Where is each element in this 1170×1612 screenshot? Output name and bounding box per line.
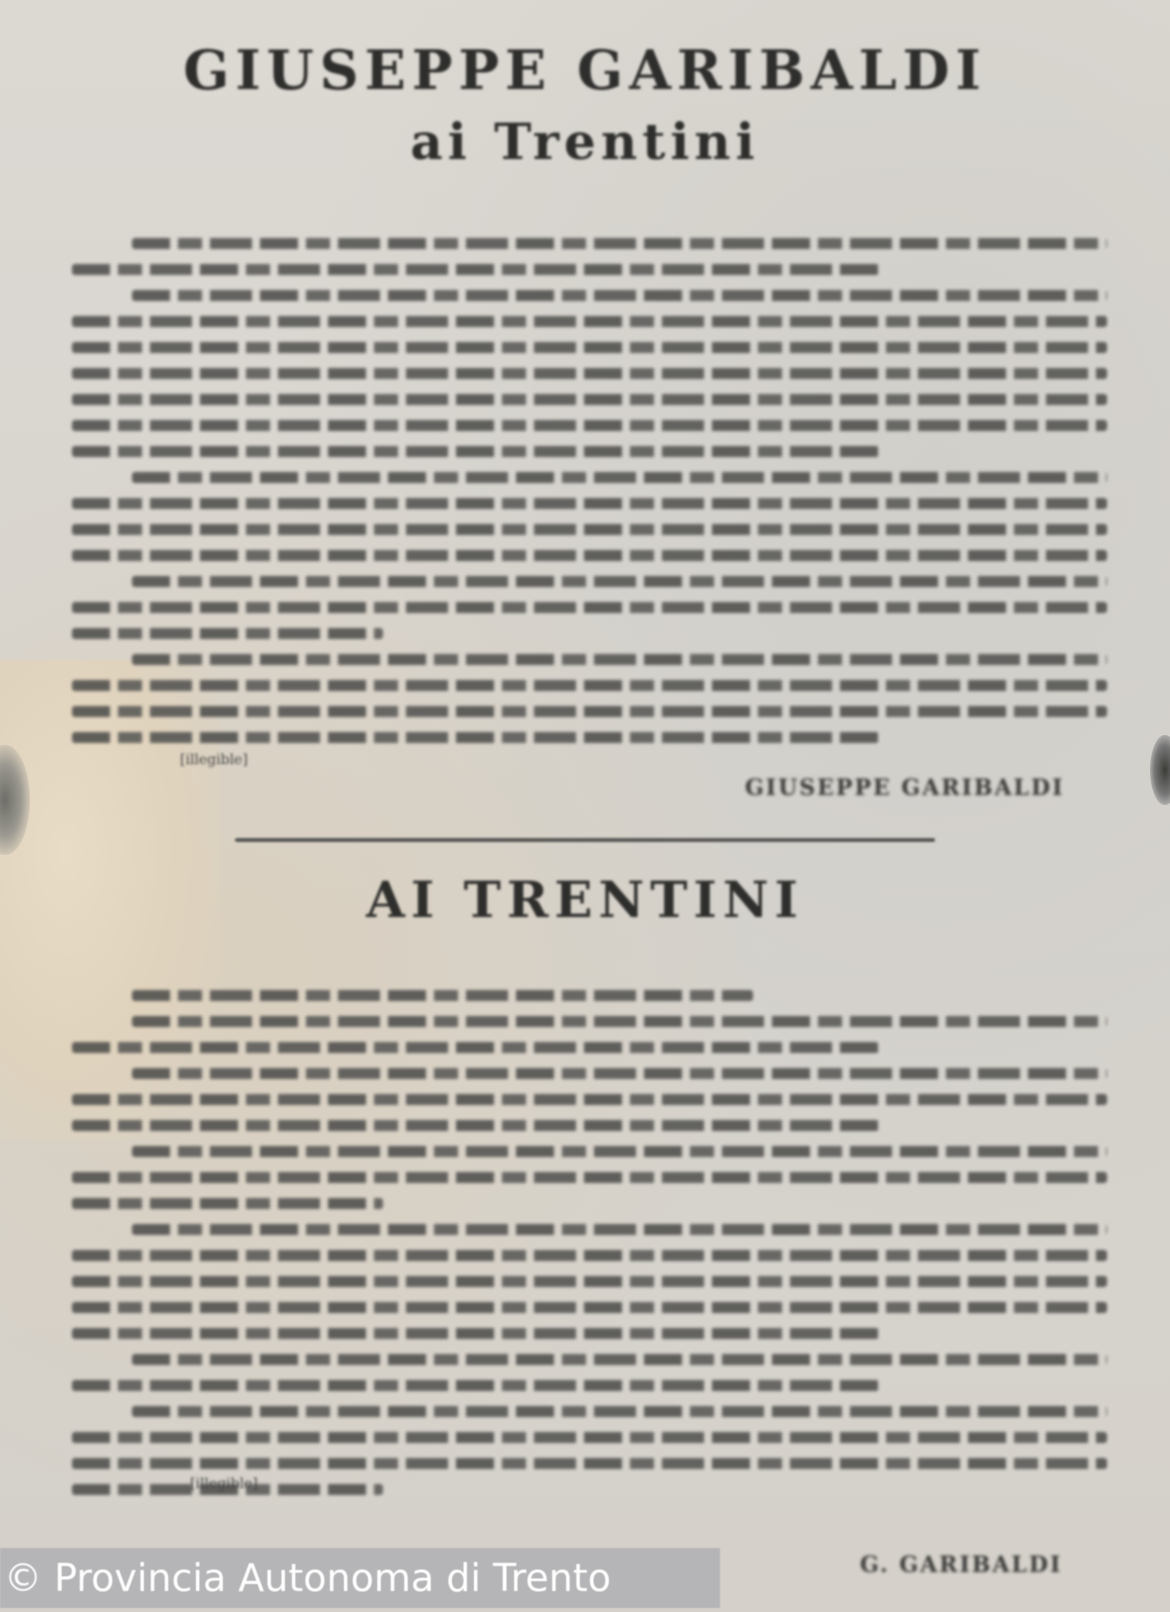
text-line: [72, 1276, 1107, 1287]
text-line: [72, 446, 879, 457]
text-line: [72, 1094, 1107, 1105]
section-2-signature: G. GARIBALDI: [860, 1552, 1062, 1578]
text-line: [132, 1016, 1107, 1027]
section-1-body: [72, 238, 1107, 758]
text-line: [132, 1224, 1107, 1235]
text-line: [132, 472, 1107, 483]
text-line: [72, 420, 1107, 431]
section-2-body: [72, 990, 1107, 1510]
text-line: [72, 1328, 879, 1339]
text-line: [132, 1354, 1107, 1365]
text-line: [132, 1068, 1107, 1079]
text-line: [72, 1380, 879, 1391]
text-line: [72, 550, 1107, 561]
section-1-place-date: [illegible]: [180, 752, 248, 768]
document-title: GIUSEPPE GARIBALDI: [0, 38, 1170, 102]
text-line: [72, 1458, 1107, 1469]
text-line: [132, 1406, 1107, 1417]
section-2-place-date: [illegible]: [190, 1476, 258, 1492]
text-line: [132, 654, 1107, 665]
text-line: [72, 1198, 383, 1209]
text-line: [72, 680, 1107, 691]
text-line: [72, 1120, 879, 1131]
text-line: [72, 1302, 1107, 1313]
text-line: [72, 264, 879, 275]
text-line: [72, 316, 1107, 327]
text-line: [72, 732, 879, 743]
text-line: [72, 394, 1107, 405]
section-1-signature: GIUSEPPE GARIBALDI: [745, 775, 1064, 801]
text-line: [132, 990, 753, 1001]
text-line: [72, 628, 383, 639]
text-line: [72, 706, 1107, 717]
text-line: [72, 524, 1107, 535]
text-line: [72, 1172, 1107, 1183]
text-line: [132, 576, 1107, 587]
text-line: [72, 1432, 1107, 1443]
paper-sheet: GIUSEPPE GARIBALDI ai Trentini [illegibl…: [0, 0, 1170, 1612]
binding-hole-right: [1150, 735, 1170, 805]
text-line: [132, 290, 1107, 301]
text-line: [72, 368, 1107, 379]
text-line: [72, 1042, 879, 1053]
section-divider: [235, 838, 935, 842]
text-line: [132, 1146, 1107, 1157]
text-line: [72, 498, 1107, 509]
copyright-watermark: © Provincia Autonoma di Trento: [0, 1548, 720, 1608]
text-line: [72, 602, 1107, 613]
document-subtitle: ai Trentini: [0, 112, 1170, 171]
text-line: [72, 342, 1107, 353]
section-2-title: AI TRENTINI: [0, 870, 1170, 929]
text-line: [132, 238, 1107, 249]
text-line: [72, 1250, 1107, 1261]
